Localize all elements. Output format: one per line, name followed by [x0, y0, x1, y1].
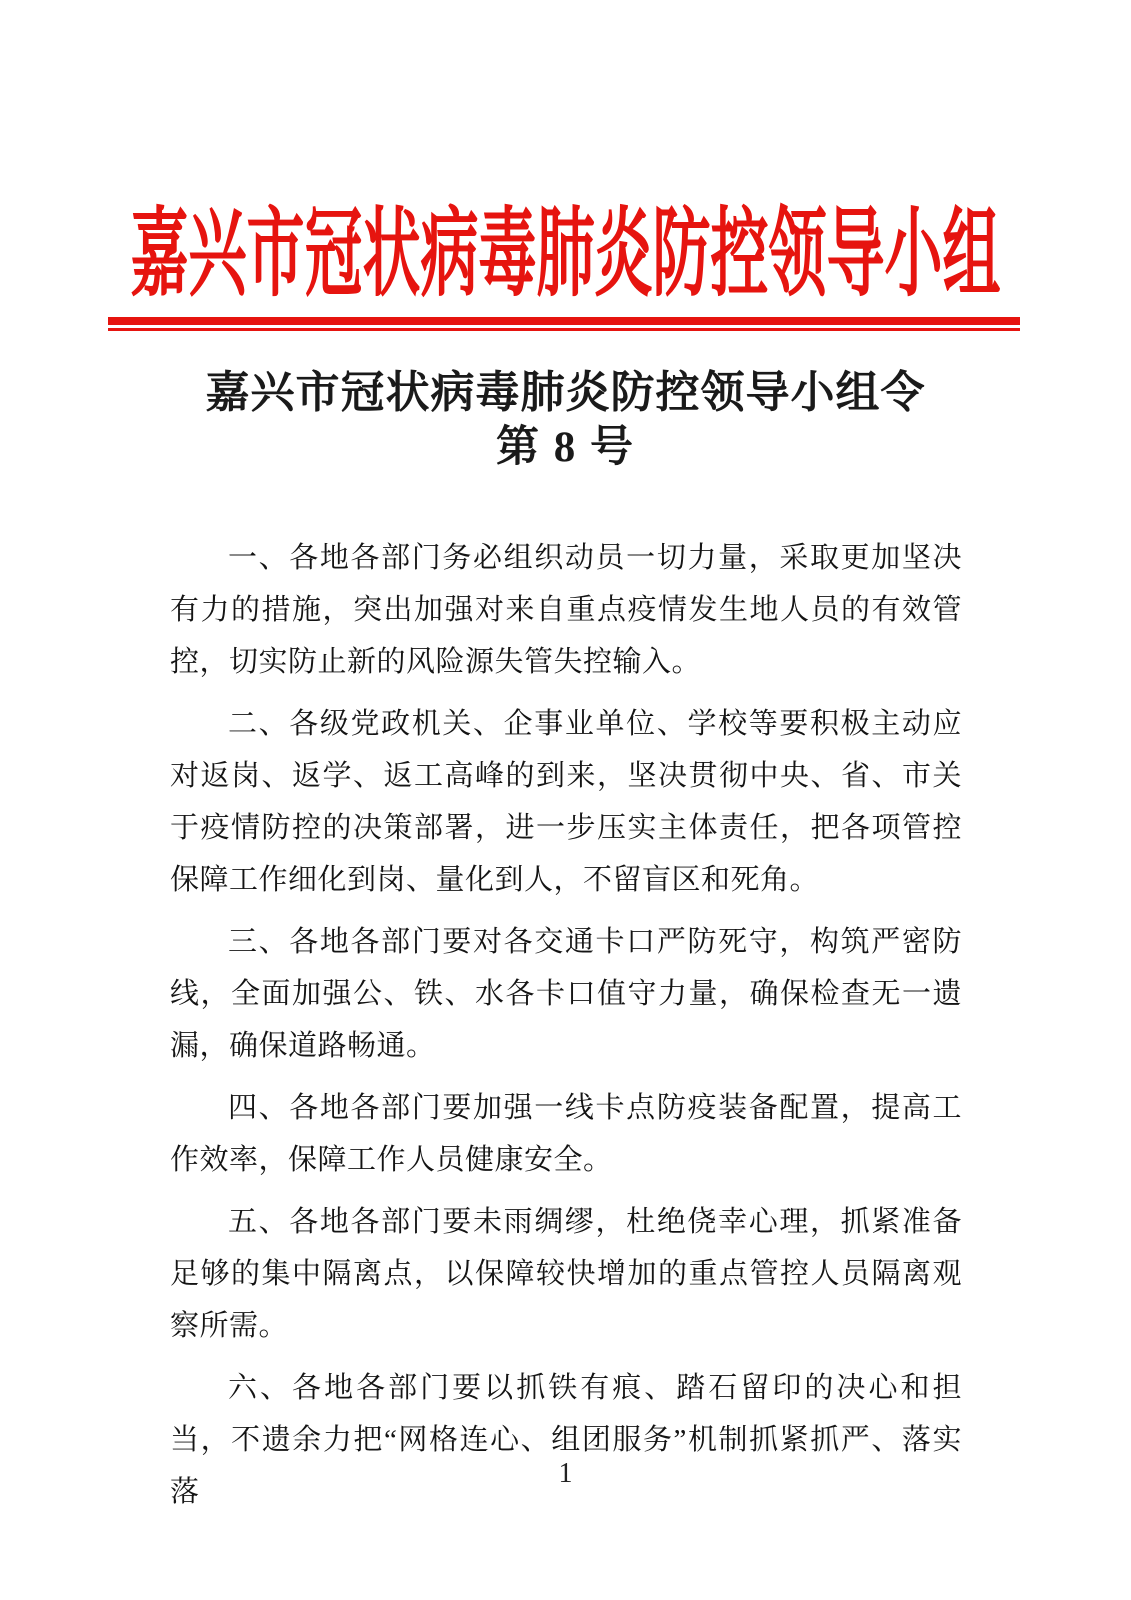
- document-body: 一、各地各部门务必组织动员一切力量，采取更加坚决有力的措施，突出加强对来自重点疫…: [170, 532, 962, 1518]
- letterhead: 嘉兴市冠状病毒肺炎防控领导小组: [0, 188, 1131, 302]
- document-number: 第 8 号: [0, 424, 1131, 472]
- paragraph-6: 六、各地各部门要以抓铁有痕、踏石留印的决心和担当，不遗余力把“网格连心、组团服务…: [170, 1362, 962, 1518]
- document-page: 嘉兴市冠状病毒肺炎防控领导小组 嘉兴市冠状病毒肺炎防控领导小组令 第 8 号 一…: [0, 0, 1131, 1600]
- paragraph-5: 五、各地各部门要未雨绸缪，杜绝侥幸心理，抓紧准备足够的集中隔离点，以保障较快增加…: [170, 1196, 962, 1352]
- letterhead-divider: [108, 317, 1020, 331]
- paragraph-1: 一、各地各部门务必组织动员一切力量，采取更加坚决有力的措施，突出加强对来自重点疫…: [170, 532, 962, 688]
- paragraph-4: 四、各地各部门要加强一线卡点防疫装备配置，提高工作效率，保障工作人员健康安全。: [170, 1082, 962, 1186]
- letterhead-org-name: 嘉兴市冠状病毒肺炎防控领导小组: [130, 174, 1000, 315]
- document-title: 嘉兴市冠状病毒肺炎防控领导小组令: [0, 368, 1131, 418]
- divider-thick-line: [108, 317, 1020, 325]
- divider-thin-line: [108, 328, 1020, 331]
- paragraph-3: 三、各地各部门要对各交通卡口严防死守，构筑严密防线，全面加强公、铁、水各卡口值守…: [170, 916, 962, 1072]
- paragraph-2: 二、各级党政机关、企事业单位、学校等要积极主动应对返岗、返学、返工高峰的到来，坚…: [170, 698, 962, 906]
- page-number: 1: [0, 1458, 1131, 1490]
